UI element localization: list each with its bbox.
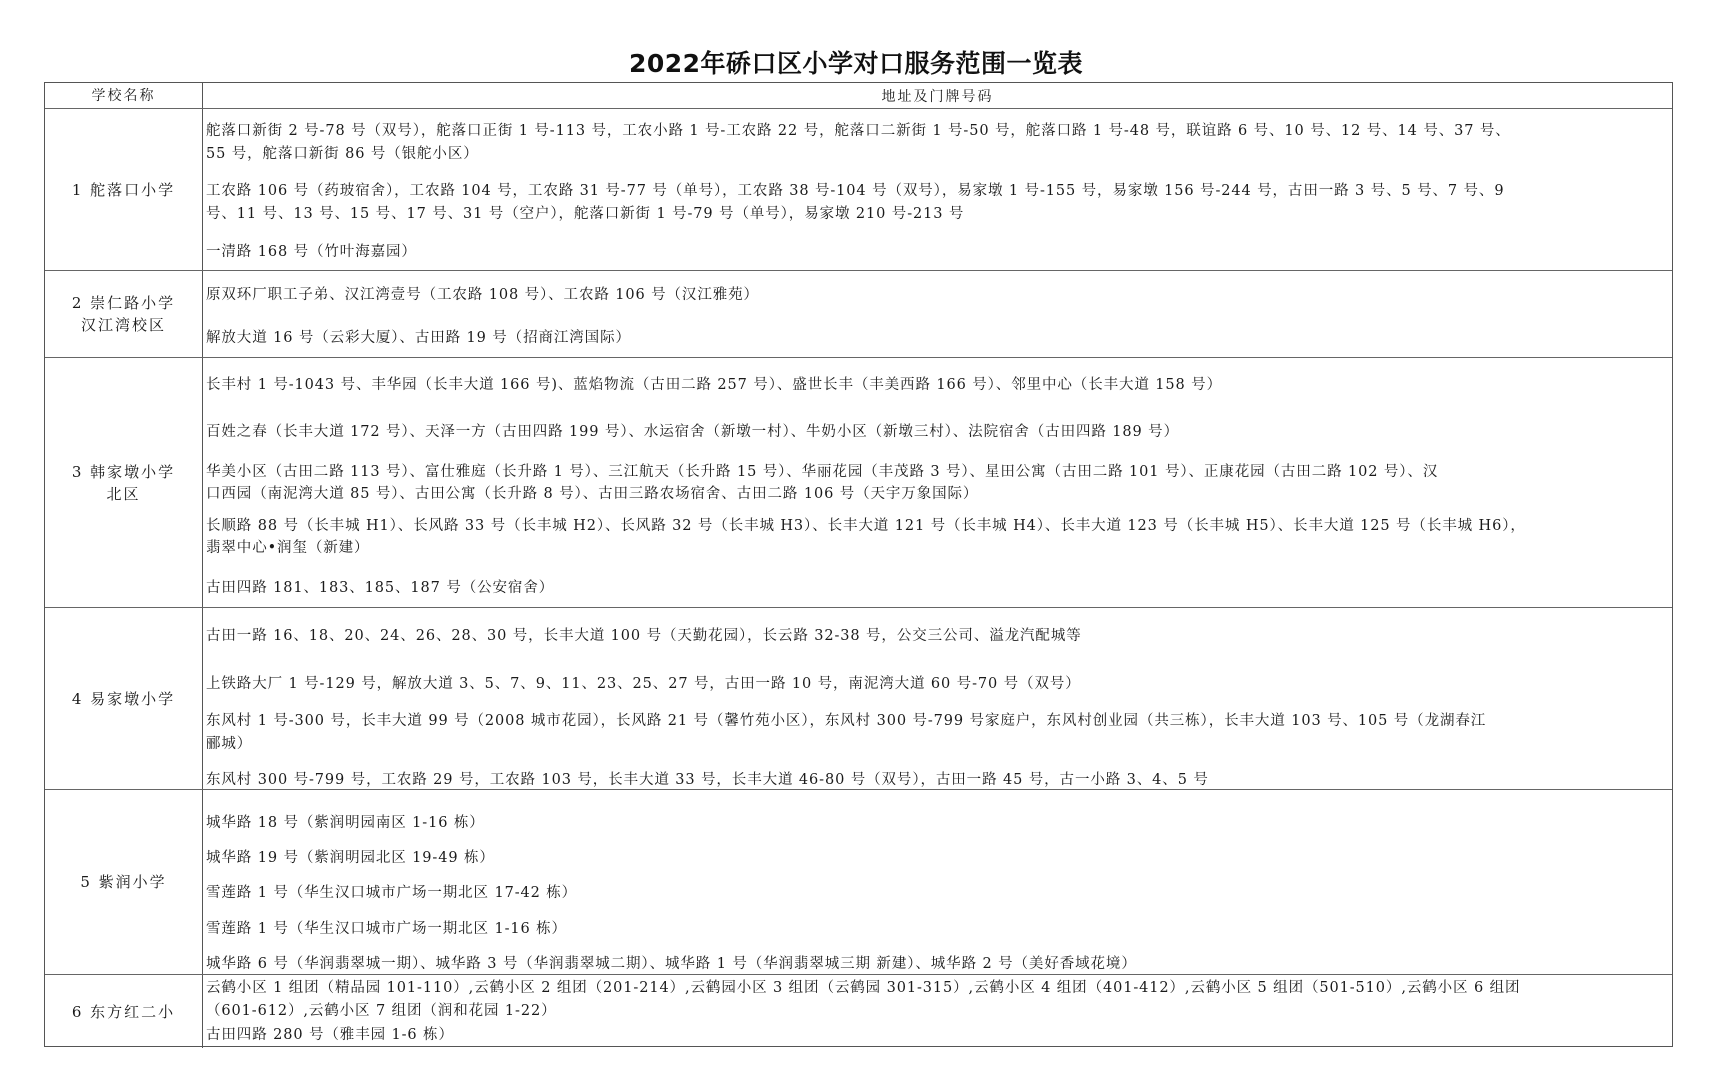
address-line: 工农路 106 号（药玻宿舍），工农路 104 号，工农路 31 号-77 号（…: [206, 180, 1670, 202]
school-name-cell: 4 易家墩小学: [45, 608, 203, 789]
address-cell: 舵落口新街 2 号-78 号（双号），舵落口正街 1 号-113 号，工农小路 …: [203, 109, 1672, 270]
school-name: 5 紫润小学: [80, 871, 166, 893]
table-row: 6 东方红二小 云鹤小区 1 组团（精品园 101-110）,云鹤小区 2 组团…: [45, 974, 1672, 1048]
header-address: 地址及门牌号码: [203, 83, 1672, 108]
address-line: 原双环厂职工子弟、汉江湾壹号（工农路 108 号）、工农路 106 号（汉江雅苑…: [206, 284, 1670, 306]
address-line: 华美小区（古田二路 113 号）、富仕雅庭（长升路 1 号）、三江航天（长升路 …: [206, 461, 1670, 483]
address-cell: 长丰村 1 号-1043 号、丰华园（长丰大道 166 号)、蓝焰物流（古田二路…: [203, 358, 1672, 607]
school-name: 2 崇仁路小学: [72, 292, 175, 314]
table-row: 4 易家墩小学 古田一路 16、18、20、24、26、28、30 号，长丰大道…: [45, 607, 1672, 789]
school-campus: 汉江湾校区: [81, 314, 166, 336]
school-name: 1 舵落口小学: [72, 179, 175, 201]
address-line: 古田四路 280 号（雅丰园 1-6 栋）: [206, 1024, 1670, 1046]
school-name-cell: 1 舵落口小学: [45, 109, 203, 270]
address-line: 古田四路 181、183、185、187 号（公安宿舍）: [206, 577, 1670, 599]
address-line: 长顺路 88 号（长丰城 H1）、长风路 33 号（长丰城 H2）、长风路 32…: [206, 515, 1670, 537]
address-line: 雪莲路 1 号（华生汉口城市广场一期北区 17-42 栋）: [206, 882, 1670, 904]
address-line: 号、11 号、13 号、15 号、17 号、31 号（空户），舵落口新街 1 号…: [206, 203, 1670, 225]
address-line: 城华路 18 号（紫润明园南区 1-16 栋）: [206, 812, 1670, 834]
address-cell: 城华路 18 号（紫润明园南区 1-16 栋） 城华路 19 号（紫润明园北区 …: [203, 790, 1672, 974]
school-name-cell: 2 崇仁路小学 汉江湾校区: [45, 271, 203, 357]
address-line: 上铁路大厂 1 号-129 号，解放大道 3、5、7、9、11、23、25、27…: [206, 673, 1670, 695]
address-cell: 云鹤小区 1 组团（精品园 101-110）,云鹤小区 2 组团（201-214…: [203, 975, 1672, 1048]
address-line: 城华路 19 号（紫润明园北区 19-49 栋）: [206, 847, 1670, 869]
table-row: 1 舵落口小学 舵落口新街 2 号-78 号（双号），舵落口正街 1 号-113…: [45, 108, 1672, 270]
table-row: 3 韩家墩小学 北区 长丰村 1 号-1043 号、丰华园（长丰大道 166 号…: [45, 357, 1672, 607]
service-area-table: 学校名称 地址及门牌号码 1 舵落口小学 舵落口新街 2 号-78 号（双号），…: [44, 82, 1673, 1047]
address-line: 长丰村 1 号-1043 号、丰华园（长丰大道 166 号)、蓝焰物流（古田二路…: [206, 374, 1670, 396]
address-line: 云鹤小区 1 组团（精品园 101-110）,云鹤小区 2 组团（201-214…: [206, 977, 1670, 999]
address-line: 舵落口新街 2 号-78 号（双号），舵落口正街 1 号-113 号，工农小路 …: [206, 120, 1670, 142]
school-name-cell: 6 东方红二小: [45, 975, 203, 1048]
page-title: 2022年硚口区小学对口服务范围一览表: [0, 44, 1712, 80]
header-school-name: 学校名称: [45, 83, 203, 108]
address-line: 东风村 300 号-799 号，工农路 29 号，工农路 103 号，长丰大道 …: [206, 769, 1670, 791]
address-line: 一清路 168 号（竹叶海嘉园）: [206, 241, 1670, 263]
address-cell: 古田一路 16、18、20、24、26、28、30 号，长丰大道 100 号（天…: [203, 608, 1672, 789]
address-line: 解放大道 16 号（云彩大厦）、古田路 19 号（招商江湾国际）: [206, 327, 1670, 349]
school-name: 3 韩家墩小学: [72, 461, 175, 483]
address-line: 郦城）: [206, 733, 1670, 755]
school-name-cell: 3 韩家墩小学 北区: [45, 358, 203, 607]
address-line: 古田一路 16、18、20、24、26、28、30 号，长丰大道 100 号（天…: [206, 625, 1670, 647]
table-row: 5 紫润小学 城华路 18 号（紫润明园南区 1-16 栋） 城华路 19 号（…: [45, 789, 1672, 974]
table-row: 2 崇仁路小学 汉江湾校区 原双环厂职工子弟、汉江湾壹号（工农路 108 号）、…: [45, 270, 1672, 357]
address-line: 55 号，舵落口新街 86 号（银舵小区）: [206, 143, 1670, 165]
address-line: 东风村 1 号-300 号，长丰大道 99 号（2008 城市花园），长风路 2…: [206, 710, 1670, 732]
address-line: 百姓之春（长丰大道 172 号）、天泽一方（古田四路 199 号）、水运宿舍（新…: [206, 421, 1670, 443]
school-campus: 北区: [106, 483, 140, 505]
address-line: 城华路 6 号（华润翡翠城一期）、城华路 3 号（华润翡翠城二期）、城华路 1 …: [206, 953, 1670, 975]
table-header: 学校名称 地址及门牌号码: [45, 83, 1672, 108]
school-name-cell: 5 紫润小学: [45, 790, 203, 974]
address-line: （601-612）,云鹤小区 7 组团（润和花园 1-22）: [206, 1000, 1670, 1022]
address-line: 雪莲路 1 号（华生汉口城市广场一期北区 1-16 栋）: [206, 918, 1670, 940]
address-line: 翡翠中心•润玺（新建）: [206, 537, 1670, 559]
school-name: 6 东方红二小: [72, 1001, 175, 1023]
school-name: 4 易家墩小学: [72, 688, 175, 710]
address-cell: 原双环厂职工子弟、汉江湾壹号（工农路 108 号）、工农路 106 号（汉江雅苑…: [203, 271, 1672, 357]
address-line: 口西园（南泥湾大道 85 号）、古田公寓（长升路 8 号）、古田三路农场宿舍、古…: [206, 483, 1670, 505]
